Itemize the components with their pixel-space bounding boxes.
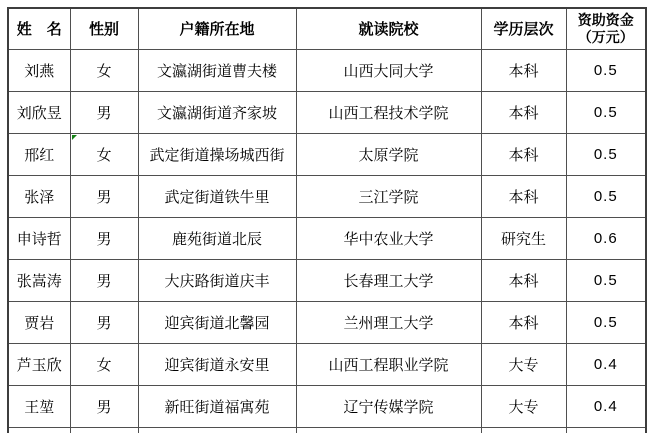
header-cell-amount[interactable]: 资助资金 （万元） (566, 8, 646, 49)
cell-school[interactable]: 山西工程职业学院 (296, 343, 481, 385)
partial-row-cell (8, 427, 70, 433)
cell-name[interactable]: 申诗哲 (8, 217, 70, 259)
cell-text: 女 (96, 147, 111, 164)
cell-name[interactable]: 邢红 (8, 133, 70, 175)
cell-level[interactable]: 本科 (481, 301, 566, 343)
table-row: 申诗哲 男 鹿苑街道北辰 华中农业大学 研究生 0.6 (8, 217, 646, 259)
student-aid-table: 姓 名 性别 户籍所在地 就读院校 学历层次 资助资金 （万元） 刘燕 女 文瀛… (7, 7, 647, 433)
cell-name[interactable]: 芦玉欣 (8, 343, 70, 385)
header-cell-gender[interactable]: 性别 (70, 8, 138, 49)
cell-gender[interactable]: 男 (70, 175, 138, 217)
table-row: 刘燕 女 文瀛湖街道曹夫楼 山西大同大学 本科 0.5 (8, 49, 646, 91)
table-row: 王堃 男 新旺街道福寓苑 辽宁传媒学院 大专 0.4 (8, 385, 646, 427)
cell-gender[interactable]: 女 (70, 49, 138, 91)
cell-level[interactable]: 本科 (481, 49, 566, 91)
cell-address[interactable]: 大庆路街道庆丰 (138, 259, 296, 301)
partial-row-cell (566, 427, 646, 433)
cell-address[interactable]: 武定街道操场城西街 (138, 133, 296, 175)
table-row: 刘欣昱 男 文瀛湖街道齐家坡 山西工程技术学院 本科 0.5 (8, 91, 646, 133)
cell-name[interactable]: 张泽 (8, 175, 70, 217)
cell-name[interactable]: 刘燕 (8, 49, 70, 91)
table-row: 芦玉欣 女 迎宾街道永安里 山西工程职业学院 大专 0.4 (8, 343, 646, 385)
header-amount-line2: （万元） (567, 29, 646, 46)
cell-gender[interactable]: 男 (70, 217, 138, 259)
table-row: 贾岩 男 迎宾街道北馨园 兰州理工大学 本科 0.5 (8, 301, 646, 343)
cell-level[interactable]: 本科 (481, 133, 566, 175)
cell-level[interactable]: 本科 (481, 91, 566, 133)
cell-amount[interactable]: 0.4 (566, 385, 646, 427)
cell-name[interactable]: 刘欣昱 (8, 91, 70, 133)
cell-school[interactable]: 山西大同大学 (296, 49, 481, 91)
cell-gender[interactable]: 男 (70, 259, 138, 301)
cell-amount[interactable]: 0.5 (566, 91, 646, 133)
cell-level[interactable]: 本科 (481, 259, 566, 301)
cell-level[interactable]: 大专 (481, 343, 566, 385)
cell-school[interactable]: 华中农业大学 (296, 217, 481, 259)
spreadsheet-canvas: 姓 名 性别 户籍所在地 就读院校 学历层次 资助资金 （万元） 刘燕 女 文瀛… (0, 0, 650, 433)
cell-address[interactable]: 迎宾街道北馨园 (138, 301, 296, 343)
partial-row-cell (296, 427, 481, 433)
cell-school[interactable]: 长春理工大学 (296, 259, 481, 301)
table-row: 张泽 男 武定街道铁牛里 三江学院 本科 0.5 (8, 175, 646, 217)
cell-level[interactable]: 本科 (481, 175, 566, 217)
cell-gender[interactable]: 男 (70, 301, 138, 343)
cell-level[interactable]: 大专 (481, 385, 566, 427)
cell-gender[interactable]: 男 (70, 91, 138, 133)
cell-amount[interactable]: 0.5 (566, 301, 646, 343)
cell-school[interactable]: 太原学院 (296, 133, 481, 175)
cell-level[interactable]: 研究生 (481, 217, 566, 259)
cell-school[interactable]: 山西工程技术学院 (296, 91, 481, 133)
cell-school[interactable]: 辽宁传媒学院 (296, 385, 481, 427)
cell-address[interactable]: 文瀛湖街道齐家坡 (138, 91, 296, 133)
partial-row-cell (138, 427, 296, 433)
cell-school[interactable]: 三江学院 (296, 175, 481, 217)
header-cell-name[interactable]: 姓 名 (8, 8, 70, 49)
partial-row-cell (481, 427, 566, 433)
header-row: 姓 名 性别 户籍所在地 就读院校 学历层次 资助资金 （万元） (8, 8, 646, 49)
header-amount-line1: 资助资金 (567, 12, 646, 29)
error-indicator-triangle (72, 135, 77, 140)
cell-school[interactable]: 兰州理工大学 (296, 301, 481, 343)
table-row: 邢红 女 武定街道操场城西街 太原学院 本科 0.5 (8, 133, 646, 175)
cell-name[interactable]: 贾岩 (8, 301, 70, 343)
cell-amount[interactable]: 0.5 (566, 259, 646, 301)
header-cell-school[interactable]: 就读院校 (296, 8, 481, 49)
header-cell-level[interactable]: 学历层次 (481, 8, 566, 49)
cell-gender[interactable]: 女 (70, 343, 138, 385)
header-cell-address[interactable]: 户籍所在地 (138, 8, 296, 49)
partial-next-row (8, 427, 646, 433)
cell-amount[interactable]: 0.5 (566, 133, 646, 175)
cell-name[interactable]: 张嵩涛 (8, 259, 70, 301)
cell-amount[interactable]: 0.4 (566, 343, 646, 385)
cell-name[interactable]: 王堃 (8, 385, 70, 427)
cell-address[interactable]: 鹿苑街道北辰 (138, 217, 296, 259)
cell-address[interactable]: 新旺街道福寓苑 (138, 385, 296, 427)
cell-address[interactable]: 武定街道铁牛里 (138, 175, 296, 217)
table-row: 张嵩涛 男 大庆路街道庆丰 长春理工大学 本科 0.5 (8, 259, 646, 301)
cell-address[interactable]: 文瀛湖街道曹夫楼 (138, 49, 296, 91)
cell-gender[interactable]: 女 (70, 133, 138, 175)
cell-amount[interactable]: 0.5 (566, 49, 646, 91)
cell-address[interactable]: 迎宾街道永安里 (138, 343, 296, 385)
cell-gender[interactable]: 男 (70, 385, 138, 427)
cell-amount[interactable]: 0.5 (566, 175, 646, 217)
partial-row-cell (70, 427, 138, 433)
cell-amount[interactable]: 0.6 (566, 217, 646, 259)
